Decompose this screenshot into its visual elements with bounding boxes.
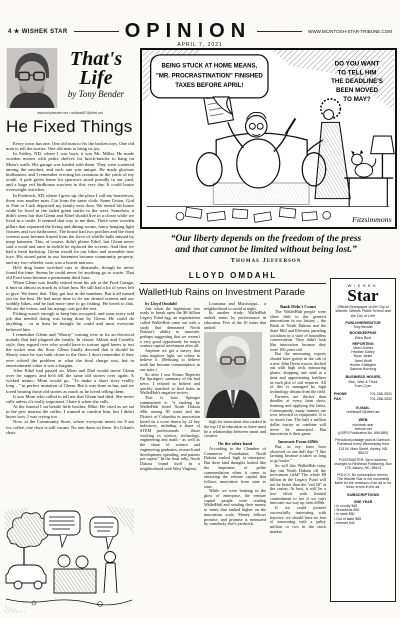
column-byline: by Tony Bender xyxy=(58,89,134,99)
bubble-line: TAXES BEFORE APRIL! xyxy=(175,83,243,89)
omdahl-col-2: Louisiana and Mississippi… a neighborhoo… xyxy=(204,302,266,615)
editorial-cartoon: BEING STUCK AT HOME MEANS, "MR. PROCRAST… xyxy=(140,48,397,229)
paper-name: 4 ★ WISHEK STAR xyxy=(8,28,68,35)
header-rule-right xyxy=(257,31,302,32)
tony-bender-photo xyxy=(6,48,58,108)
phone-number: 701-288-3531 xyxy=(370,392,392,396)
fax-row: FAX701-288-3532 xyxy=(334,397,392,401)
caption-line: TO TELL HIM xyxy=(337,69,376,76)
lamp xyxy=(371,136,394,178)
side-table xyxy=(344,178,393,206)
paper-name-label: WISHEK STAR xyxy=(22,29,68,35)
paragraph: The WalletHub people were sheer drift to… xyxy=(270,310,326,352)
omdahl-col3-rest: But, as my farm boss observed on one dul… xyxy=(270,445,326,534)
fax-label: FAX xyxy=(334,397,341,401)
caption-line: BEEN MOVED xyxy=(336,87,379,94)
quote-line-2: and that cannot be limited without being… xyxy=(134,245,398,256)
omdahl-col2-rest: According to the Chamber of Commerce Fou… xyxy=(204,447,266,527)
cartoonist-signature: Fitzsimmons xyxy=(351,215,392,224)
periodical-notice: Periodical postage paid at Garrison. Pub… xyxy=(334,438,392,454)
omdahl-headline: WalletHub Rains on Investment Parade xyxy=(139,287,329,298)
paragraph: Farmers are thicker than doodles at ever… xyxy=(270,395,326,437)
header-rule-left xyxy=(74,31,119,32)
page-header: 4 ★ WISHEK STAR OPINION WWW.MCINTOSH-STA… xyxy=(0,22,400,48)
paragraph: According to the Chamber of Commerce Fou… xyxy=(204,447,266,489)
paragraph: This is how Springer summarized it: "a r… xyxy=(140,396,200,471)
article-body: Every town has one. One old man to fix t… xyxy=(6,141,134,493)
fax-number: 701-288-3532 xyxy=(370,397,392,401)
paragraph: It was Mom who called to tell me that Gl… xyxy=(6,394,134,404)
usps-number: (USPS Publication No. 698-880) xyxy=(334,431,392,435)
paragraph: Anytime we get a survey that casts negat… xyxy=(140,349,200,373)
author-contact: www.tonybender.net • redhead57@drtel.net xyxy=(6,111,134,115)
omdahl-col-1: by Lloyd Omdahl Just when the legislatur… xyxy=(140,302,200,615)
paragraph: Just when the legislature was ready to b… xyxy=(140,307,200,349)
section-title: OPINION xyxy=(125,22,251,40)
paragraph: In Frederick, SD, where I grew up, the p… xyxy=(6,193,134,265)
page-number: 4 xyxy=(8,29,12,35)
omdahl-col3-text: The WalletHub people were sheer drift to… xyxy=(270,310,326,437)
column-title: That's Life xyxy=(58,50,134,88)
paragraph: Now, at the Community Store, where every… xyxy=(6,419,134,434)
caption-line: DO YOU WANT xyxy=(335,61,380,68)
bubble-line: "MR. PROCRASTINATION" FINISHED xyxy=(156,73,263,79)
postmaster-notice: POSTMASTER: Send address changes to Redh… xyxy=(334,458,392,470)
paragraph: While we were basking in the glow of ent… xyxy=(204,489,266,527)
bubble-line: BEING STUCK AT HOME MEANS, xyxy=(161,64,257,70)
masthead-name: Star xyxy=(334,288,392,303)
paragraph: But the measuring experts should have go… xyxy=(270,352,326,394)
paragraph: But, as my farm boss observed on one dul… xyxy=(270,445,326,464)
paragraph: I remember Glenn and "Shorty" coming ove… xyxy=(6,332,134,368)
paragraph: Every town has one. One old man to fix t… xyxy=(6,141,134,151)
lloyd-omdahl-photo xyxy=(204,332,262,418)
caption-line: THE DEADLINE'S xyxy=(331,78,383,85)
newspaper-page: 4 ★ WISHEK STAR OPINION WWW.MCINTOSH-STA… xyxy=(0,0,400,618)
paragraph: Sabrina Hornung xyxy=(334,367,392,371)
omdahl-col2-caption: high for innovation also ranked in the t… xyxy=(204,420,266,439)
omdahl-col-3: Bank Didn't Count The WalletHub people w… xyxy=(270,302,326,615)
phone-row: PHONE701-288-3531 xyxy=(334,392,392,396)
subscription-rates: • In county $45• Snowbirds $50• In state… xyxy=(334,504,392,525)
paragraph: He'd drag home wrecked cars to dismantle… xyxy=(6,265,134,280)
scattered-papers xyxy=(176,207,331,222)
paragraph: After Ethel had passed on, Mom and Dad w… xyxy=(6,368,134,394)
omdahl-col2-top: Louisiana and Mississippi… a neighborhoo… xyxy=(204,302,266,330)
paragraph: Fishing wasn't enough to keep him occupi… xyxy=(6,311,134,332)
quote-attribution: Thomas Jefferson xyxy=(134,257,398,264)
reporter-names: Marci DoblerHeather EarleyRyan JankeJane… xyxy=(334,346,392,371)
omdahl-col1-text: Just when the legislature was ready to b… xyxy=(140,307,200,472)
omdahl-author-header: LLOYD OMDAHL xyxy=(140,271,326,284)
website-url: WWW.MCINTOSH-STAR-TRIBUNE.COM xyxy=(308,29,392,34)
paragraph: When Glenn was finally retired from his … xyxy=(6,280,134,311)
phone-label: PHONE xyxy=(334,392,347,396)
email-address: redhead57@drtel.net xyxy=(334,410,392,414)
policy-notice: POLICY: No subscription returns. The Wis… xyxy=(334,473,392,489)
paragraph: If we could pioneer successfully innovat… xyxy=(270,506,326,534)
article-headline: He Fixed Things xyxy=(6,117,134,137)
subscriptions-label: SUBSCRIPTIONS xyxy=(334,493,392,497)
author-block: That's Life by Tony Bender xyxy=(6,48,134,108)
paragraph: high for innovation also ranked in the t… xyxy=(204,420,266,439)
bookkeeper-name: Ellen Rust xyxy=(334,336,392,340)
thats-life-column: That's Life by Tony Bender www.tonybende… xyxy=(6,48,134,493)
caption-line: TO MAY? xyxy=(343,96,371,103)
paragraph: In another study, WalletHub ranked state… xyxy=(204,311,266,330)
quote-line-1: “Our liberty depends on the freedom of t… xyxy=(134,234,398,245)
paragraph: • Internet $40 xyxy=(334,521,392,525)
paragraph: So will this WalletHub rainy day run Nor… xyxy=(270,464,326,506)
masthead-official: Official Newspaper of the City of Wishek… xyxy=(334,305,392,318)
paragraph: At the funeral I sat beside little broth… xyxy=(6,404,134,419)
jefferson-quote: “Our liberty depends on the freedom of t… xyxy=(134,234,398,264)
omdahl-article: by Lloyd Omdahl Just when the legislatur… xyxy=(140,302,326,615)
star-icon: ★ xyxy=(14,29,20,35)
masthead-box: WISHEK Star Official Newspaper of the Ci… xyxy=(330,278,396,602)
publisher-name: Tony Bender xyxy=(334,325,392,329)
second-editorial-cartoon xyxy=(4,505,134,613)
paragraph: So after I saw Forum Reporter Pat Spring… xyxy=(140,373,200,397)
paragraph: In Ashley, ND, where I was born, it was … xyxy=(6,151,134,192)
